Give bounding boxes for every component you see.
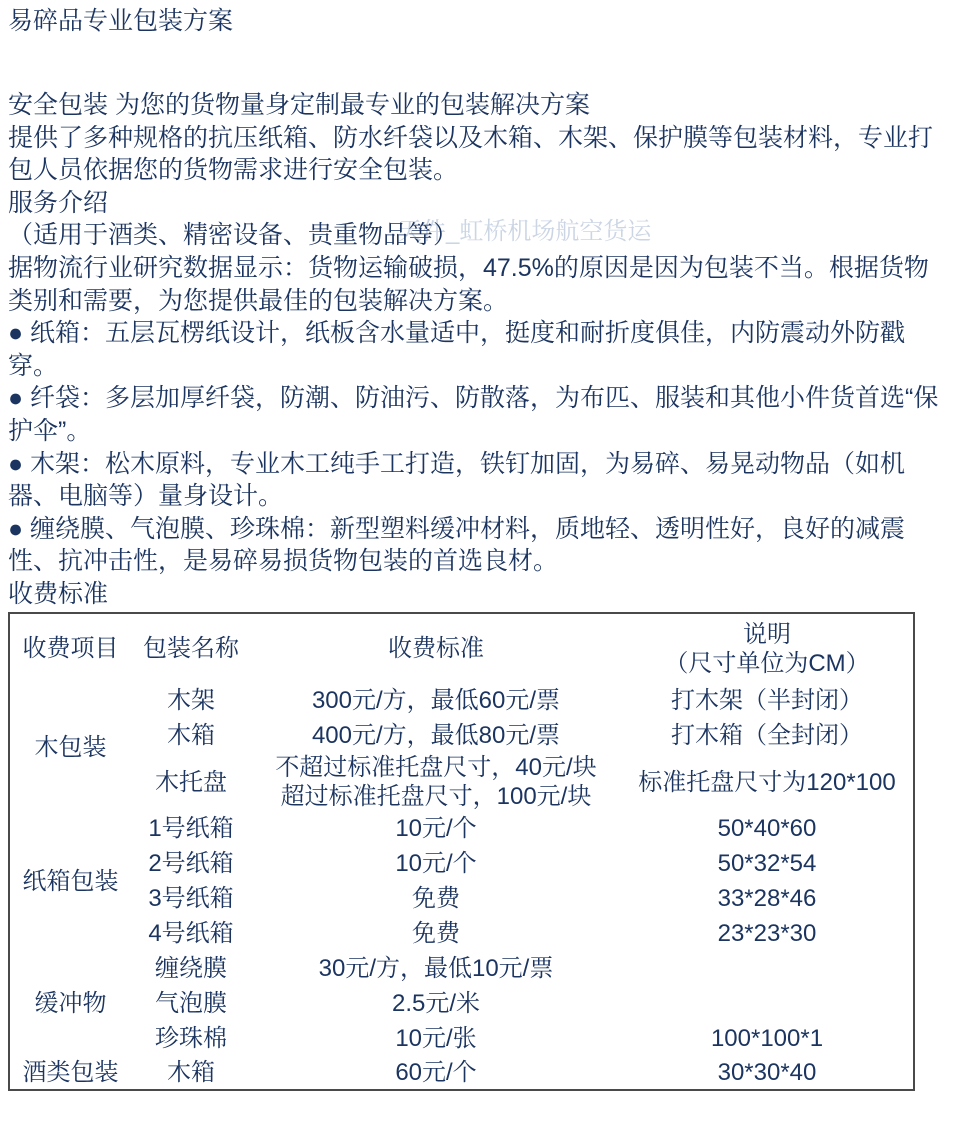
- paragraph-line: 类别和需要，为您提供最佳的包装解决方案。: [8, 285, 938, 318]
- group-label-carton-packaging: 纸箱包装: [9, 811, 131, 951]
- cell-note: 23*23*30: [621, 916, 914, 951]
- paragraph-line: （适用于酒类、精密设备、贵重物品等）: [8, 219, 938, 252]
- cell-fee: 10元/个: [251, 811, 621, 846]
- table-row: 酒类包装 木箱 60元/个 30*30*40: [9, 1056, 914, 1090]
- cell-package-name: 缠绕膜: [131, 951, 251, 986]
- header-package-name: 包装名称: [131, 613, 251, 683]
- page-title: 易碎品专业包装方案: [8, 5, 233, 38]
- cell-note: 打木架（半封闭）: [621, 683, 914, 718]
- table-row: 4号纸箱 免费 23*23*30: [9, 916, 914, 951]
- header-note: 说明 （尺寸单位为CM）: [621, 613, 914, 683]
- bullet-line-carton-cont: 穿。: [8, 350, 938, 383]
- table-row: 缓冲物 缠绕膜 30元/方，最低10元/票: [9, 951, 914, 986]
- header-fee-item: 收费项目: [9, 613, 131, 683]
- paragraph-line: 安全包装 为您的货物量身定制最专业的包装解决方案: [8, 89, 938, 122]
- cell-note: 100*100*1: [621, 1021, 914, 1056]
- group-label-wine-packaging: 酒类包装: [9, 1056, 131, 1090]
- table-row: 木包装 木架 300元/方，最低60元/票 打木架（半封闭）: [9, 683, 914, 718]
- cell-note: 50*40*60: [621, 811, 914, 846]
- cell-package-name: 3号纸箱: [131, 881, 251, 916]
- cell-note: 标准托盘尺寸为120*100: [621, 753, 914, 811]
- cell-fee: 2.5元/米: [251, 986, 621, 1021]
- cell-note: [621, 986, 914, 1021]
- bullet-line-carton: ● 纸箱：五层瓦楞纸设计，纸板含水量适中，挺度和耐折度俱佳，内防震动外防戳: [8, 317, 938, 350]
- bullet-line-wood-frame: ● 木架：松木原料，专业木工纯手工打造，铁钉加固，为易碎、易晃动物品（如机: [8, 448, 938, 481]
- cell-package-name: 4号纸箱: [131, 916, 251, 951]
- cell-package-name: 2号纸箱: [131, 846, 251, 881]
- cell-package-name: 珍珠棉: [131, 1021, 251, 1056]
- cell-note: 打木箱（全封闭）: [621, 718, 914, 753]
- header-fee-standard: 收费标准: [251, 613, 621, 683]
- cell-fee: 30元/方，最低10元/票: [251, 951, 621, 986]
- bullet-line-fiber-bag: ● 纤袋：多层加厚纤袋，防潮、防油污、防散落，为布匹、服装和其他小件货首选“保: [8, 382, 938, 415]
- cell-package-name: 木托盘: [131, 753, 251, 811]
- cell-fee: 免费: [251, 881, 621, 916]
- cell-package-name: 木箱: [131, 718, 251, 753]
- cell-fee: 60元/个: [251, 1056, 621, 1090]
- cell-note: 30*30*40: [621, 1056, 914, 1090]
- cell-fee: 300元/方，最低60元/票: [251, 683, 621, 718]
- cell-fee: 免费: [251, 916, 621, 951]
- table-row: 木托盘 不超过标准托盘尺寸，40元/块 超过标准托盘尺寸，100元/块 标准托盘…: [9, 753, 914, 811]
- cell-package-name: 木架: [131, 683, 251, 718]
- table-row: 纸箱包装 1号纸箱 10元/个 50*40*60: [9, 811, 914, 846]
- table-header-row: 收费项目 包装名称 收费标准 说明 （尺寸单位为CM）: [9, 613, 914, 683]
- group-label-wood-packaging: 木包装: [9, 683, 131, 811]
- bullet-line-cushion-film: ● 缠绕膜、气泡膜、珍珠棉：新型塑料缓冲材料，质地轻、透明性好，良好的减震: [8, 513, 938, 546]
- cell-note: 50*32*54: [621, 846, 914, 881]
- section-heading-fees: 收费标准: [8, 578, 938, 611]
- cell-package-name: 木箱: [131, 1056, 251, 1090]
- cell-note: [621, 951, 914, 986]
- cell-fee: 10元/张: [251, 1021, 621, 1056]
- bullet-line-fiber-bag-cont: 护伞”。: [8, 415, 938, 448]
- cell-package-name: 1号纸箱: [131, 811, 251, 846]
- cell-fee: 400元/方，最低80元/票: [251, 718, 621, 753]
- cell-note: 33*28*46: [621, 881, 914, 916]
- bullet-line-wood-frame-cont: 器、电脑等）量身设计。: [8, 480, 938, 513]
- table-row: 气泡膜 2.5元/米: [9, 986, 914, 1021]
- bullet-line-cushion-film-cont: 性、抗冲击性，是易碎易损货物包装的首选良材。: [8, 545, 938, 578]
- cell-fee: 10元/个: [251, 846, 621, 881]
- table-row: 2号纸箱 10元/个 50*32*54: [9, 846, 914, 881]
- paragraph-line: 提供了多种规格的抗压纸箱、防水纤袋以及木箱、木架、保护膜等包装材料，专业打: [8, 122, 938, 155]
- group-label-cushioning: 缓冲物: [9, 951, 131, 1056]
- section-heading-services: 服务介绍: [8, 187, 938, 220]
- cell-package-name: 气泡膜: [131, 986, 251, 1021]
- paragraph-line: 包人员依据您的货物需求进行安全包装。: [8, 154, 938, 187]
- table-row: 木箱 400元/方，最低80元/票 打木箱（全封闭）: [9, 718, 914, 753]
- table-row: 珍珠棉 10元/张 100*100*1: [9, 1021, 914, 1056]
- table-row: 3号纸箱 免费 33*28*46: [9, 881, 914, 916]
- fee-table: 收费项目 包装名称 收费标准 说明 （尺寸单位为CM） 木包装 木架 300元/…: [8, 612, 915, 1091]
- cell-fee: 不超过标准托盘尺寸，40元/块 超过标准托盘尺寸，100元/块: [251, 753, 621, 811]
- document-body: 安全包装 为您的货物量身定制最专业的包装解决方案 提供了多种规格的抗压纸箱、防水…: [8, 89, 938, 611]
- paragraph-line: 据物流行业研究数据显示：货物运输破损，47.5%的原因是因为包装不当。根据货物: [8, 252, 938, 285]
